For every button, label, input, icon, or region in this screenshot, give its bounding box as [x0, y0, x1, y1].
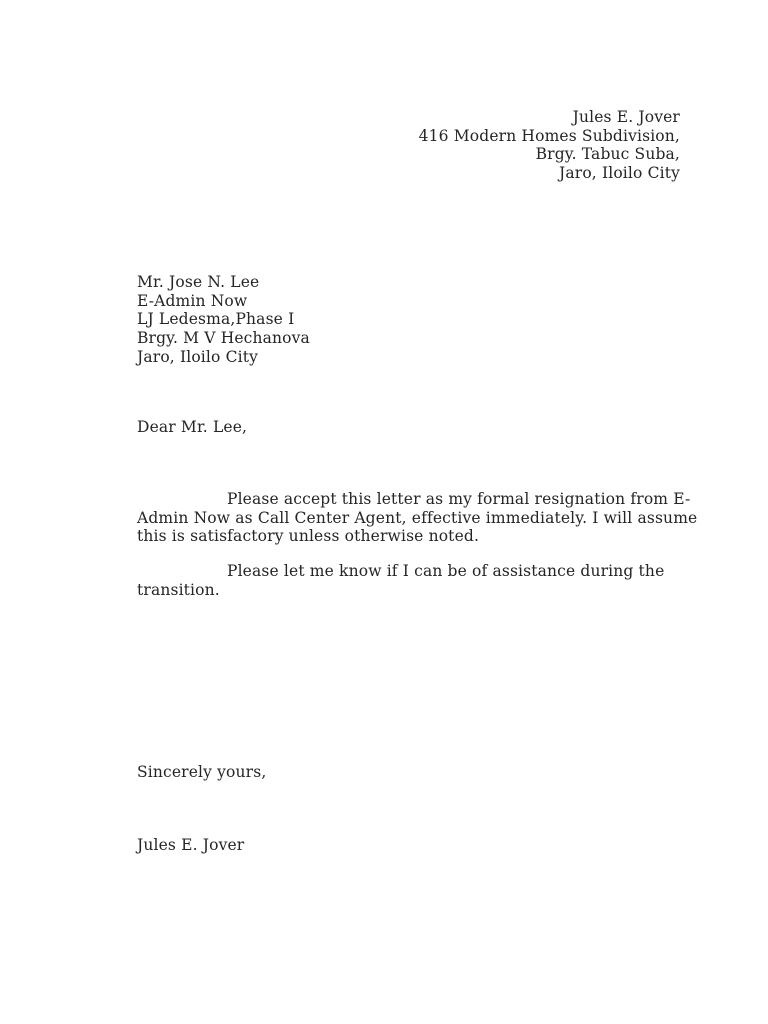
- salutation: Dear Mr. Lee,: [137, 418, 680, 437]
- letter-page: Jules E. Jover 416 Modern Homes Subdivis…: [0, 0, 768, 1024]
- body-paragraph-2: Please let me know if I can be of assist…: [137, 562, 680, 599]
- signature-name: Jules E. Jover: [137, 836, 680, 855]
- recipient-address-block: Mr. Jose N. Lee E-Admin Now LJ Ledesma,P…: [137, 273, 680, 367]
- sender-address-block: Jules E. Jover 416 Modern Homes Subdivis…: [137, 108, 680, 183]
- closing: Sincerely yours,: [137, 763, 680, 782]
- body-paragraph-1: Please accept this letter as my formal r…: [137, 490, 680, 546]
